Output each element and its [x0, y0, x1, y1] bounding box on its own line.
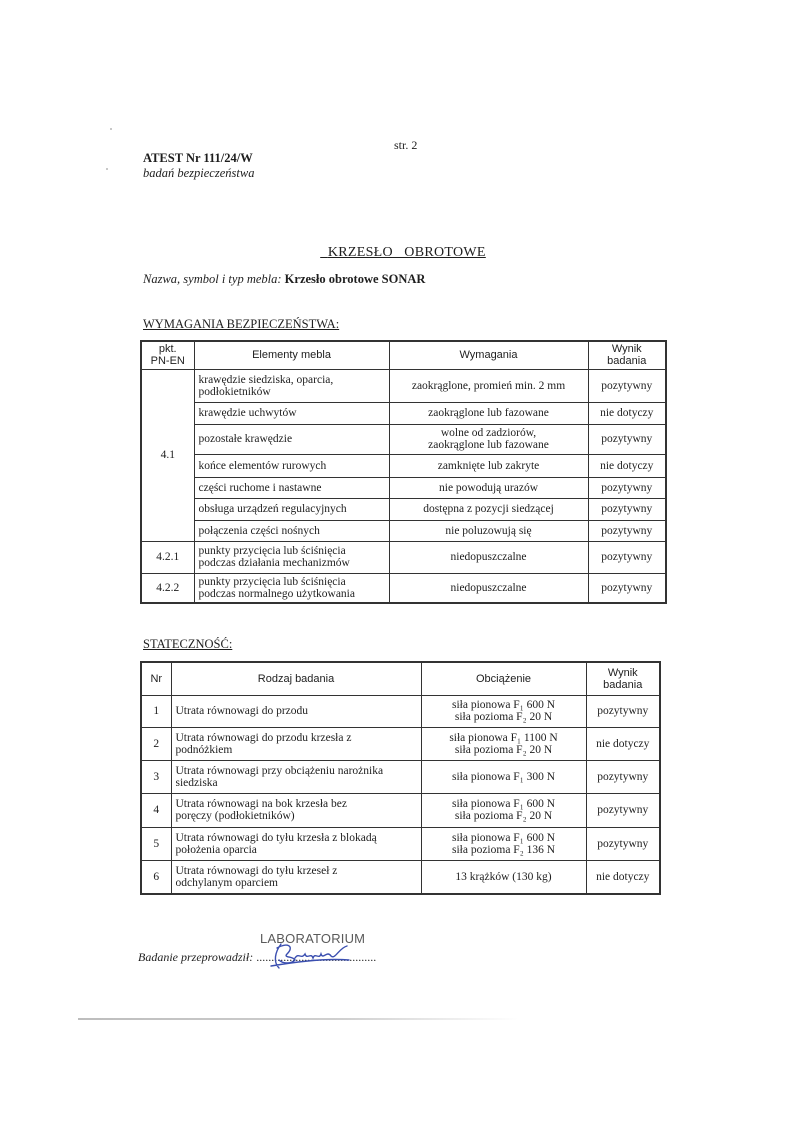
result-cell: pozytywny [588, 498, 666, 520]
table-row: 3 Utrata równowagi przy obciążeniu naroż… [141, 760, 660, 793]
element-cell: połączenia części nośnych [194, 520, 389, 541]
clause-cell: 4.1 [141, 369, 194, 541]
load-cell: siła pionowa F₁ 600 Nsiła pozioma F₂ 20 … [421, 695, 586, 727]
element-cell: punkty przycięcia lub ściśnięciapodczas … [194, 573, 389, 603]
result-cell: pozytywny [588, 424, 666, 454]
nr-cell: 3 [141, 760, 171, 793]
result-cell: pozytywny [588, 541, 666, 573]
table-row: 4 Utrata równowagi na bok krzesła bezpor… [141, 793, 660, 827]
element-cell: punkty przycięcia lub ściśnięciapodczas … [194, 541, 389, 573]
furniture-name-line: Nazwa, symbol i typ mebla: Krzesło obrot… [143, 272, 425, 287]
table-row: krawędzie uchwytów zaokrąglone lub fazow… [141, 402, 666, 424]
result-cell: pozytywny [588, 477, 666, 498]
nr-cell: 5 [141, 827, 171, 860]
footer-divider [78, 1018, 518, 1020]
nr-cell: 1 [141, 695, 171, 727]
load-cell: siła pionowa F₁ 600 Nsiła pozioma F₂ 136… [421, 827, 586, 860]
clause-cell: 4.2.2 [141, 573, 194, 603]
result-cell: nie dotyczy [588, 454, 666, 477]
furniture-name-label: Nazwa, symbol i typ mebla: [143, 272, 282, 286]
nr-cell: 6 [141, 860, 171, 894]
result-cell: pozytywny [588, 573, 666, 603]
result-cell: nie dotyczy [586, 727, 660, 760]
requirement-cell: nie powodują urazów [389, 477, 588, 498]
header-load: Obciążenie [421, 662, 586, 695]
header-nr: Nr [141, 662, 171, 695]
table-header-row: pkt.PN-EN Elementy mebla Wymagania Wynik… [141, 341, 666, 369]
header-test-type: Rodzaj badania [171, 662, 421, 695]
safety-section-title: WYMAGANIA BEZPIECZEŃSTWA: [143, 317, 339, 332]
element-cell: części ruchome i nastawne [194, 477, 389, 498]
table-row: 6 Utrata równowagi do tyłu krzeseł zodch… [141, 860, 660, 894]
header-requirements: Wymagania [389, 341, 588, 369]
test-cell: Utrata równowagi na bok krzesła bezporęc… [171, 793, 421, 827]
atest-title: ATEST Nr 111/24/W [143, 151, 253, 166]
element-cell: końce elementów rurowych [194, 454, 389, 477]
document-title-text: KRZESŁO OBROTOWE [328, 245, 486, 260]
header-result: Wynikbadania [586, 662, 660, 695]
element-cell: krawędzie siedziska, oparcia,podłokietni… [194, 369, 389, 402]
header-result: Wynikbadania [588, 341, 666, 369]
table-header-row: Nr Rodzaj badania Obciążenie Wynikbadani… [141, 662, 660, 695]
result-cell: pozytywny [586, 827, 660, 860]
requirement-cell: zaokrąglone lub fazowane [389, 402, 588, 424]
requirement-cell: zaokrąglone, promień min. 2 mm [389, 369, 588, 402]
element-cell: pozostałe krawędzie [194, 424, 389, 454]
stability-table: Nr Rodzaj badania Obciążenie Wynikbadani… [140, 661, 661, 895]
result-cell: pozytywny [588, 369, 666, 402]
table-row: końce elementów rurowych zamknięte lub z… [141, 454, 666, 477]
table-row: 1 Utrata równowagi do przodu siła pionow… [141, 695, 660, 727]
header-clause: pkt.PN-EN [141, 341, 194, 369]
nr-cell: 4 [141, 793, 171, 827]
table-row: pozostałe krawędzie wolne od zadziorów,z… [141, 424, 666, 454]
requirement-cell: niedopuszczalne [389, 541, 588, 573]
test-cell: Utrata równowagi do przodu krzesła zpodn… [171, 727, 421, 760]
load-cell: 13 krążków (130 kg) [421, 860, 586, 894]
table-row: 5 Utrata równowagi do tyłu krzesła z blo… [141, 827, 660, 860]
test-cell: Utrata równowagi do przodu [171, 695, 421, 727]
test-cell: Utrata równowagi do tyłu krzesła z bloka… [171, 827, 421, 860]
test-cell: Utrata równowagi przy obciążeniu narożni… [171, 760, 421, 793]
requirement-cell: nie poluzowują się [389, 520, 588, 541]
table-row: 4.2.2 punkty przycięcia lub ściśnięciapo… [141, 573, 666, 603]
result-cell: nie dotyczy [586, 860, 660, 894]
table-row: połączenia części nośnych nie poluzowują… [141, 520, 666, 541]
header-elements: Elementy mebla [194, 341, 389, 369]
table-row: obsługa urządzeń regulacyjnych dostępna … [141, 498, 666, 520]
requirement-cell: niedopuszczalne [389, 573, 588, 603]
result-cell: pozytywny [586, 760, 660, 793]
element-cell: krawędzie uchwytów [194, 402, 389, 424]
atest-subtitle: badań bezpieczeństwa [143, 166, 254, 181]
scan-speck [106, 168, 108, 170]
test-cell: Utrata równowagi do tyłu krzeseł zodchyl… [171, 860, 421, 894]
clause-cell: 4.2.1 [141, 541, 194, 573]
handwritten-signature-icon [265, 938, 355, 974]
stability-section-title: STATECZNOŚĆ: [143, 637, 232, 652]
load-cell: siła pionowa F₁ 1100 Nsiła pozioma F₂ 20… [421, 727, 586, 760]
furniture-name-value: Krzesło obrotowe SONAR [285, 272, 426, 286]
table-row: 4.2.1 punkty przycięcia lub ściśnięciapo… [141, 541, 666, 573]
page-number: str. 2 [394, 138, 417, 153]
load-cell: siła pionowa F₁ 600 Nsiła pozioma F₂ 20 … [421, 793, 586, 827]
result-cell: pozytywny [586, 793, 660, 827]
load-cell: siła pionowa F₁ 300 N [421, 760, 586, 793]
result-cell: pozytywny [586, 695, 660, 727]
signature-label: Badanie przeprowadził: [138, 950, 253, 964]
requirement-cell: dostępna z pozycji siedzącej [389, 498, 588, 520]
requirement-cell: zamknięte lub zakryte [389, 454, 588, 477]
element-cell: obsługa urządzeń regulacyjnych [194, 498, 389, 520]
requirement-cell: wolne od zadziorów,zaokrąglone lub fazow… [389, 424, 588, 454]
table-row: 4.1 krawędzie siedziska, oparcia,podłoki… [141, 369, 666, 402]
safety-requirements-table: pkt.PN-EN Elementy mebla Wymagania Wynik… [140, 340, 667, 604]
scan-speck [110, 128, 112, 130]
table-row: części ruchome i nastawne nie powodują u… [141, 477, 666, 498]
document-title: KRZESŁO OBROTOWE [0, 229, 800, 261]
result-cell: nie dotyczy [588, 402, 666, 424]
nr-cell: 2 [141, 727, 171, 760]
result-cell: pozytywny [588, 520, 666, 541]
table-row: 2 Utrata równowagi do przodu krzesła zpo… [141, 727, 660, 760]
